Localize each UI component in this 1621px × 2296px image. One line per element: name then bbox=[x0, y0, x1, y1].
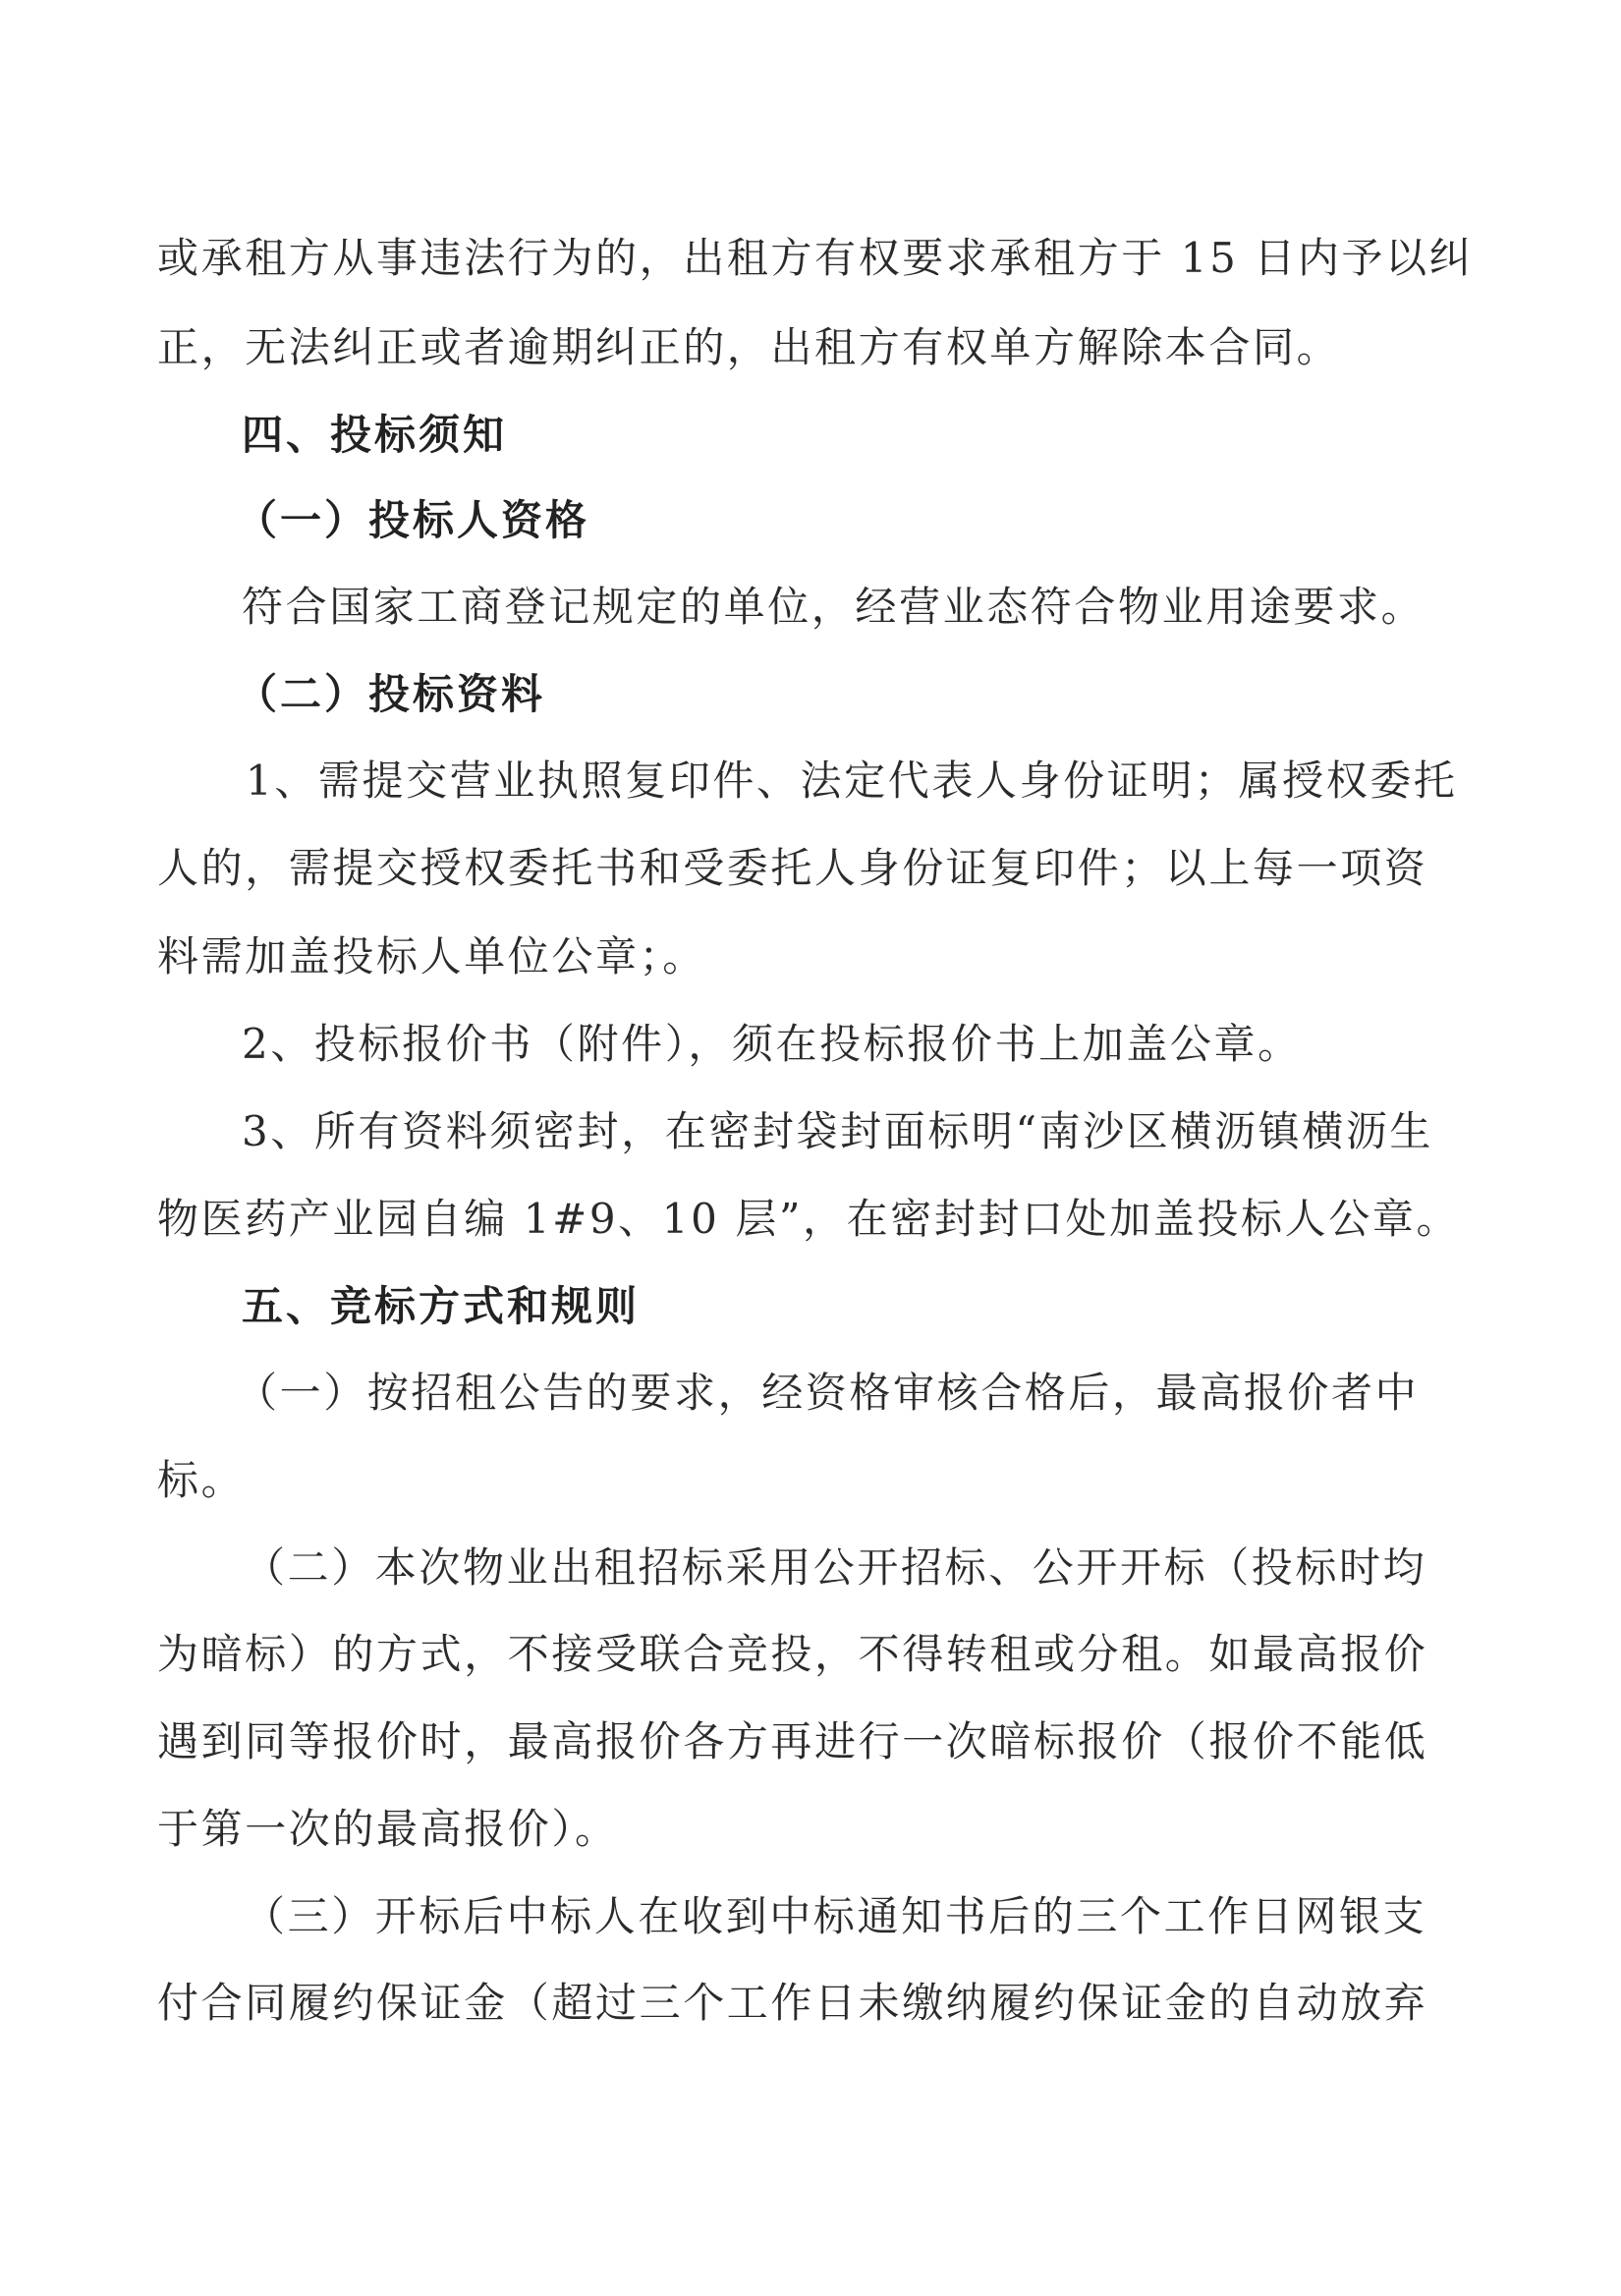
subsection-heading: （一）投标人资格 bbox=[236, 491, 589, 550]
body-line: 于第一次的最高报价）。 bbox=[157, 1800, 619, 1859]
body-line: （二）本次物业出租招标采用公开招标、公开开标（投标时均 bbox=[244, 1539, 1426, 1597]
body-line: 正，无法纠正或者逾期纠正的，出租方有权单方解除本合同。 bbox=[157, 318, 1340, 377]
body-line: （三）开标后中标人在收到中标通知书后的三个工作日网银支 bbox=[244, 1887, 1426, 1946]
body-line: （一）按招租公告的要求，经资格审核合格后，最高报价者中 bbox=[236, 1364, 1419, 1423]
body-line: 2、投标报价书（附件），须在投标报价书上加盖公章。 bbox=[242, 1015, 1302, 1074]
body-line: 符合国家工商登记规定的单位，经营业态符合物业用途要求。 bbox=[242, 578, 1425, 637]
body-line: 为暗标）的方式，不接受联合竞投，不得转租或分租。如最高报价 bbox=[157, 1625, 1427, 1684]
body-line: 料需加盖投标人单位公章；。 bbox=[157, 927, 706, 986]
body-line: 付合同履约保证金（超过三个工作日未缴纳履约保证金的自动放弃 bbox=[157, 1974, 1427, 2033]
body-line: 人的，需提交授权委托书和受委托人身份证复印件；以上每一项资 bbox=[157, 839, 1427, 898]
subsection-heading: （二）投标资料 bbox=[236, 665, 545, 724]
body-line: 或承租方从事违法行为的，出租方有权要求承租方于 15 日内予以纠 bbox=[157, 229, 1473, 288]
body-line: 标。 bbox=[157, 1451, 245, 1510]
body-line: 物医药产业园自编 1#9、10 层”，在密封封口处加盖投标人公章。 bbox=[157, 1190, 1460, 1249]
section-heading: 五、竞标方式和规则 bbox=[242, 1277, 640, 1336]
body-line: 1、需提交营业执照复印件、法定代表人身份证明；属授权委托 bbox=[246, 752, 1458, 811]
body-line: 3、所有资料须密封，在密封袋封面标明“南沙区横沥镇横沥生 bbox=[242, 1102, 1433, 1161]
body-line: 遇到同等报价时，最高报价各方再进行一次暗标报价（报价不能低 bbox=[157, 1712, 1427, 1771]
section-heading: 四、投标须知 bbox=[242, 406, 507, 465]
document-page: 或承租方从事违法行为的，出租方有权要求承租方于 15 日内予以纠 正，无法纠正或… bbox=[0, 0, 1621, 2296]
